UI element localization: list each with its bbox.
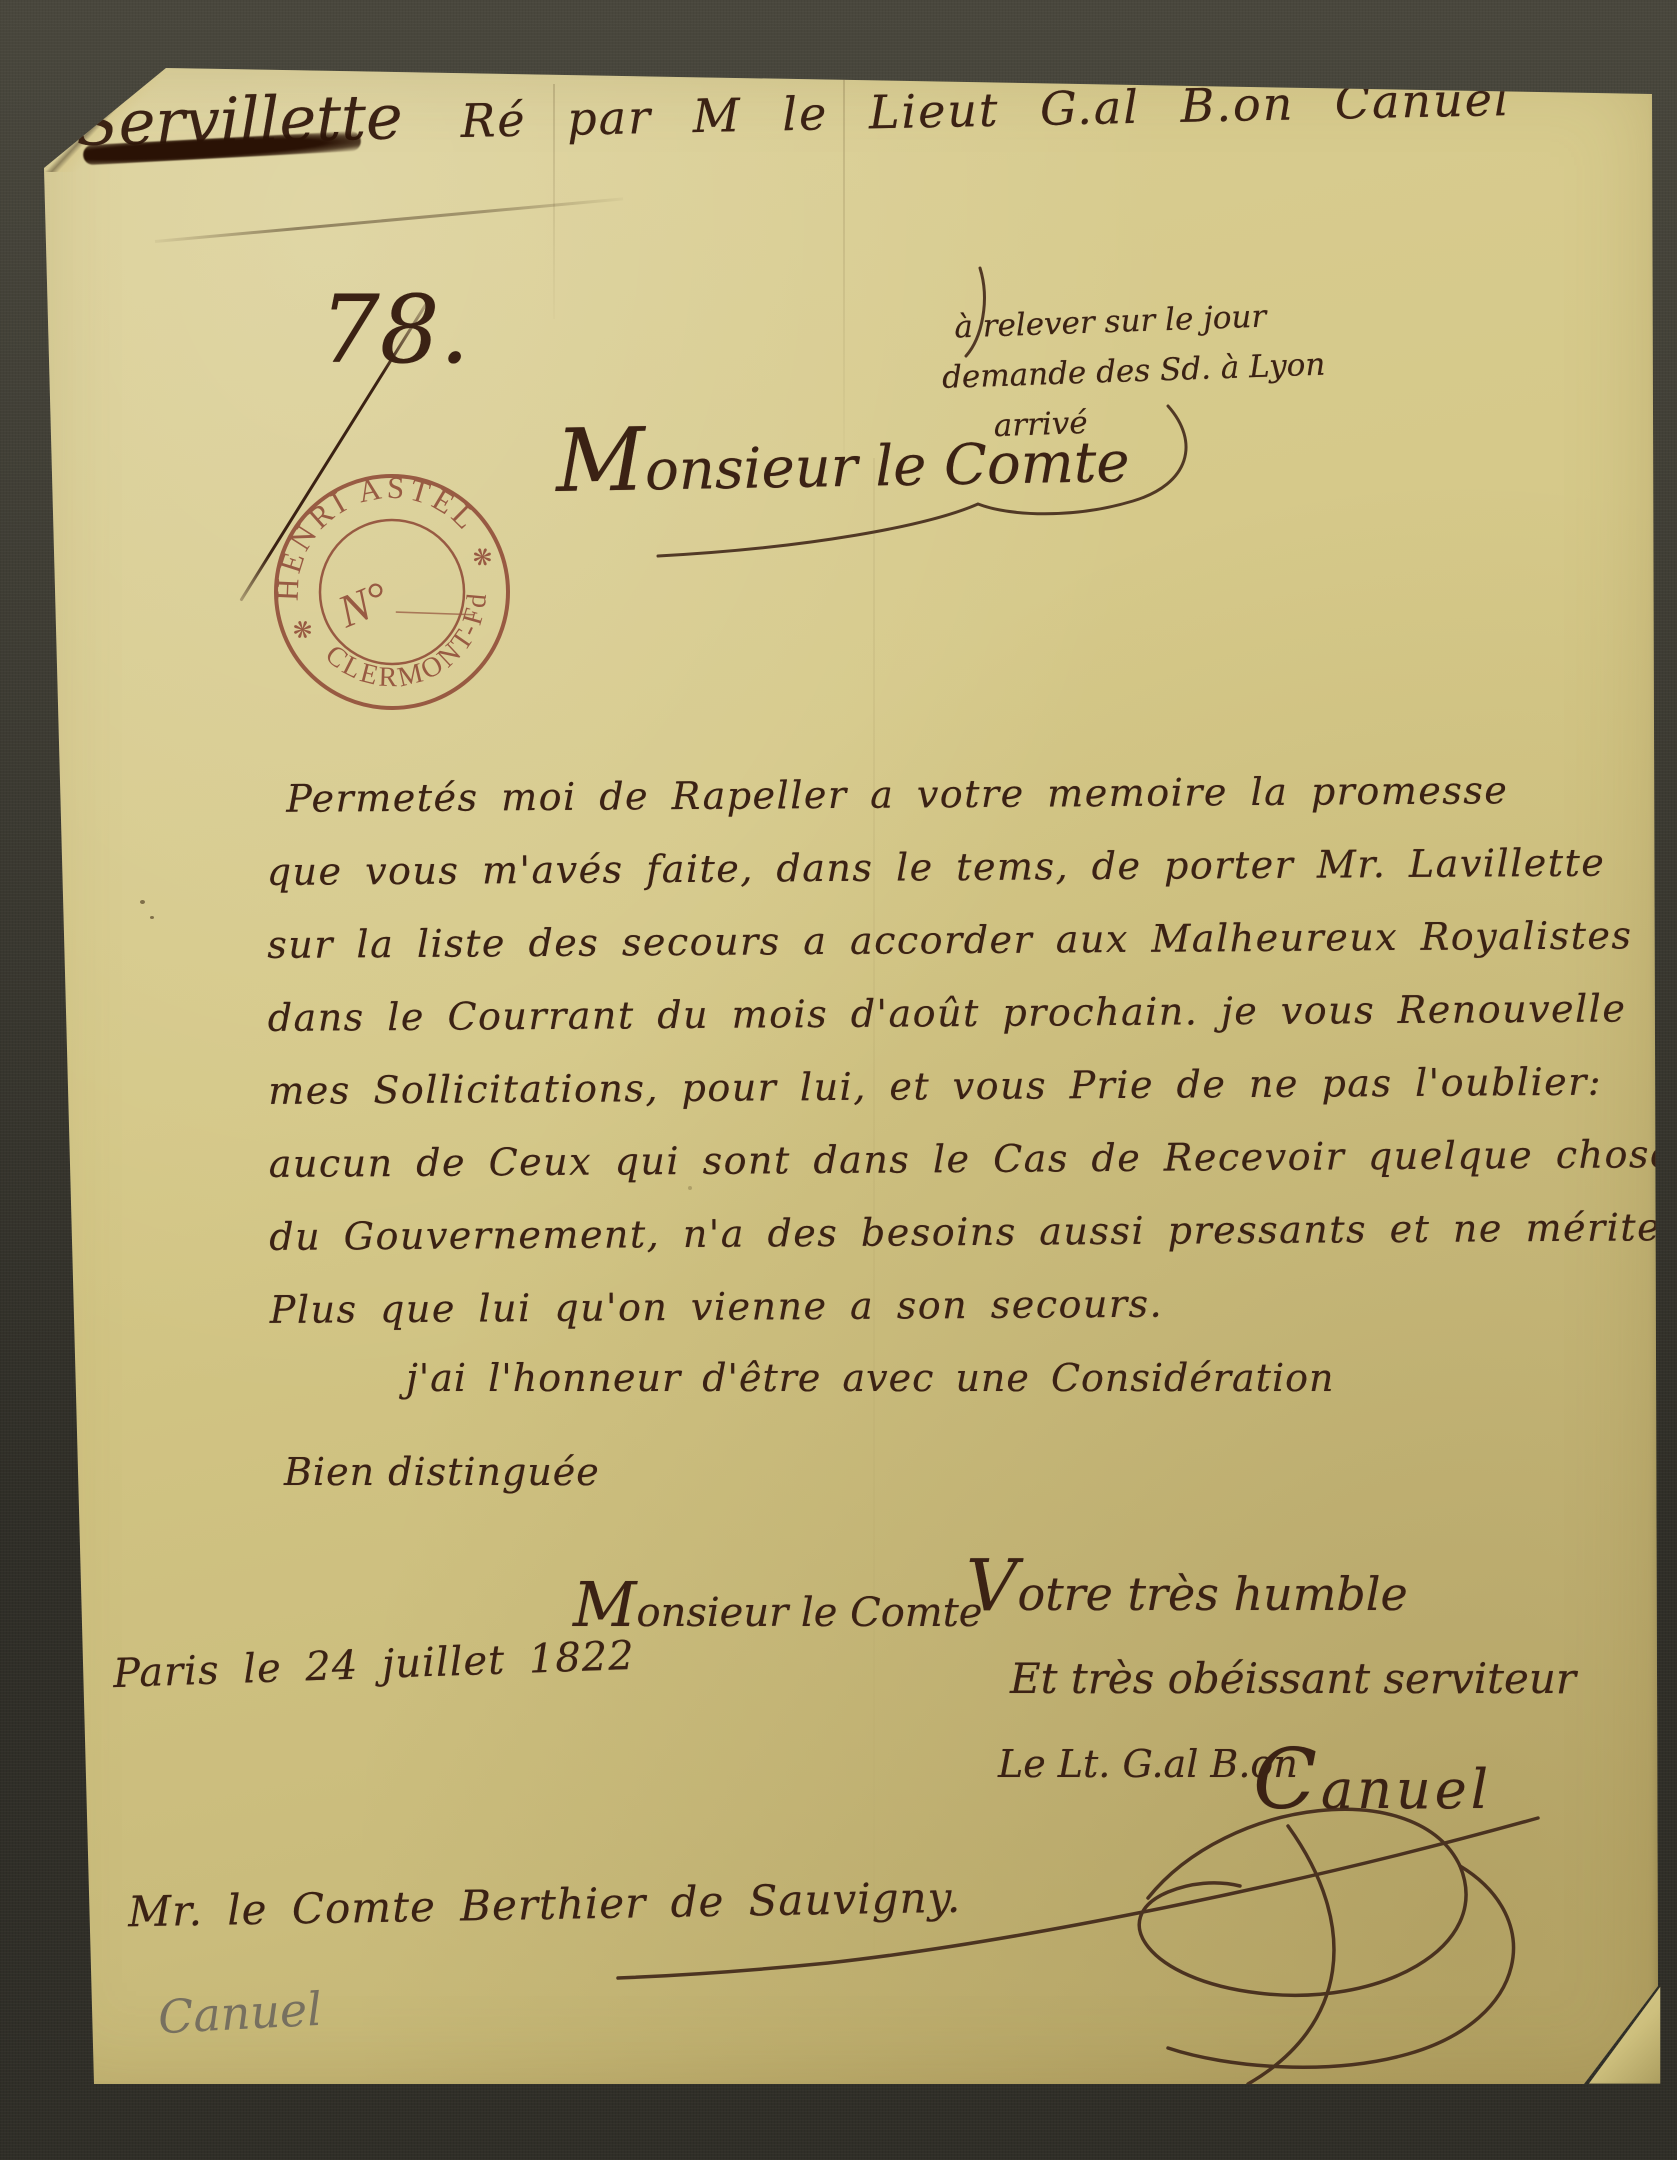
collector-stamp: HENRI ASTEL CLERMONT-Fd ❋ ❋ N° [262,462,522,722]
body-line: sur la liste des secours a accorder aux … [267,899,1673,982]
stamp-number-label: N° [330,571,396,637]
ink-speck [150,916,154,919]
body-line: dans le Courrant du mois d'août prochain… [268,972,1674,1055]
valediction-address: Monsieur le Comte [573,1568,982,1641]
pencil-note: Canuel [157,1982,323,2044]
closing-line1: j'ai l'honneur d'être avec une Considéra… [406,1356,1334,1400]
photograph-of-letter: Servillette Ré par M le Lieut G.al B.on … [0,0,1677,2160]
body-line: mes Sollicitations, pour lui, et vous Pr… [268,1045,1674,1128]
body-line: Permetés moi de Rapeller a votre memoire… [266,753,1672,836]
closing-line2: Bien distinguée [284,1450,600,1494]
folio-number: 78. [320,276,470,385]
dateline: Paris le 24 juillet 1822 [112,1633,635,1697]
stamp-star-right: ❋ [469,543,497,575]
body-line: aucun de Ceux qui sont dans le Cas de Re… [269,1118,1675,1201]
valediction-obedient: Et très obéissant serviteur [1010,1654,1576,1703]
docket-annotation: Ré par M le Lieut G.al B.on Canuel [460,72,1511,148]
ink-speck [140,900,145,904]
letter-sheet: Servillette Ré par M le Lieut G.al B.on … [28,58,1658,2090]
valediction-humble: Votre très humble [966,1544,1408,1627]
body-line: que vous m'avés faite, dans le tems, de … [266,826,1672,909]
stamp-star-left: ❋ [289,615,317,647]
body-line: Plus que lui qu'on vienne a son secours. [270,1264,1676,1347]
letter-body: Permetés moi de Rapeller a votre memoire… [266,753,1675,1347]
body-line: du Gouvernement, n'a des besoins aussi p… [269,1191,1675,1274]
salutation: Monsieur le Comte [555,401,1130,512]
